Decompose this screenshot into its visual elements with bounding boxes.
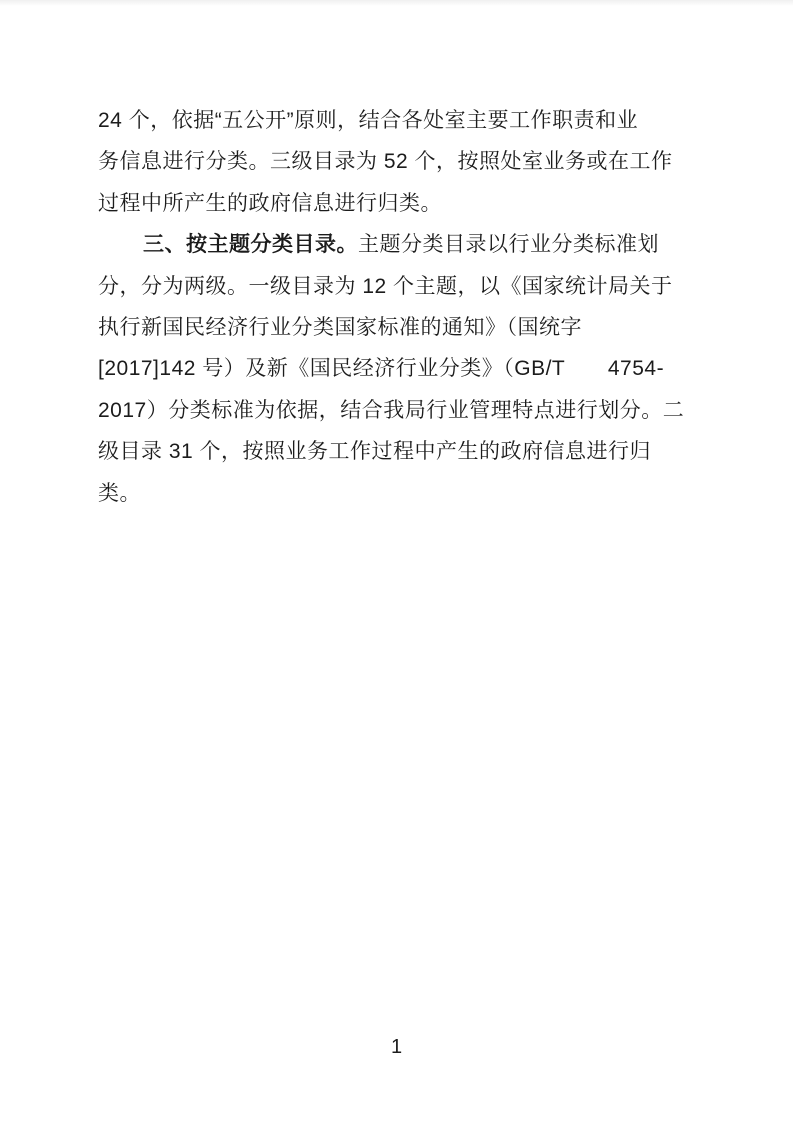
page-top-edge xyxy=(0,0,793,6)
text-line: 执行新国民经济行业分类国家标准的通知》（国统字 xyxy=(98,307,698,348)
text-line: 2017）分类标准为依据，结合我局行业管理特点进行划分。二 xyxy=(98,390,698,431)
text-line: [2017]142 号）及新《国民经济行业分类》（GB/T 4754- xyxy=(98,348,698,389)
section-heading-lead: 三、按主题分类目录。 xyxy=(143,232,358,256)
text-line: 级目录 31 个，按照业务工作过程中产生的政府信息进行归 xyxy=(98,431,698,472)
text-line: 务信息进行分类。三级目录为 52 个，按照处室业务或在工作 xyxy=(98,141,698,182)
page-number: 1 xyxy=(0,1035,793,1059)
text-line-rest: 主题分类目录以行业分类标准划 xyxy=(358,233,659,256)
document-body-text: 24 个，依据“五公开”原则，结合各处室主要工作职责和业 务信息进行分类。三级目… xyxy=(98,100,698,514)
text-line-heading: 三、按主题分类目录。主题分类目录以行业分类标准划 xyxy=(98,224,698,265)
text-line: 类。 xyxy=(98,473,698,514)
text-line: 24 个，依据“五公开”原则，结合各处室主要工作职责和业 xyxy=(98,100,698,141)
text-line: 分，分为两级。一级目录为 12 个主题，以《国家统计局关于 xyxy=(98,266,698,307)
text-line: 过程中所产生的政府信息进行归类。 xyxy=(98,183,698,224)
document-page: 24 个，依据“五公开”原则，结合各处室主要工作职责和业 务信息进行分类。三级目… xyxy=(0,0,793,1122)
